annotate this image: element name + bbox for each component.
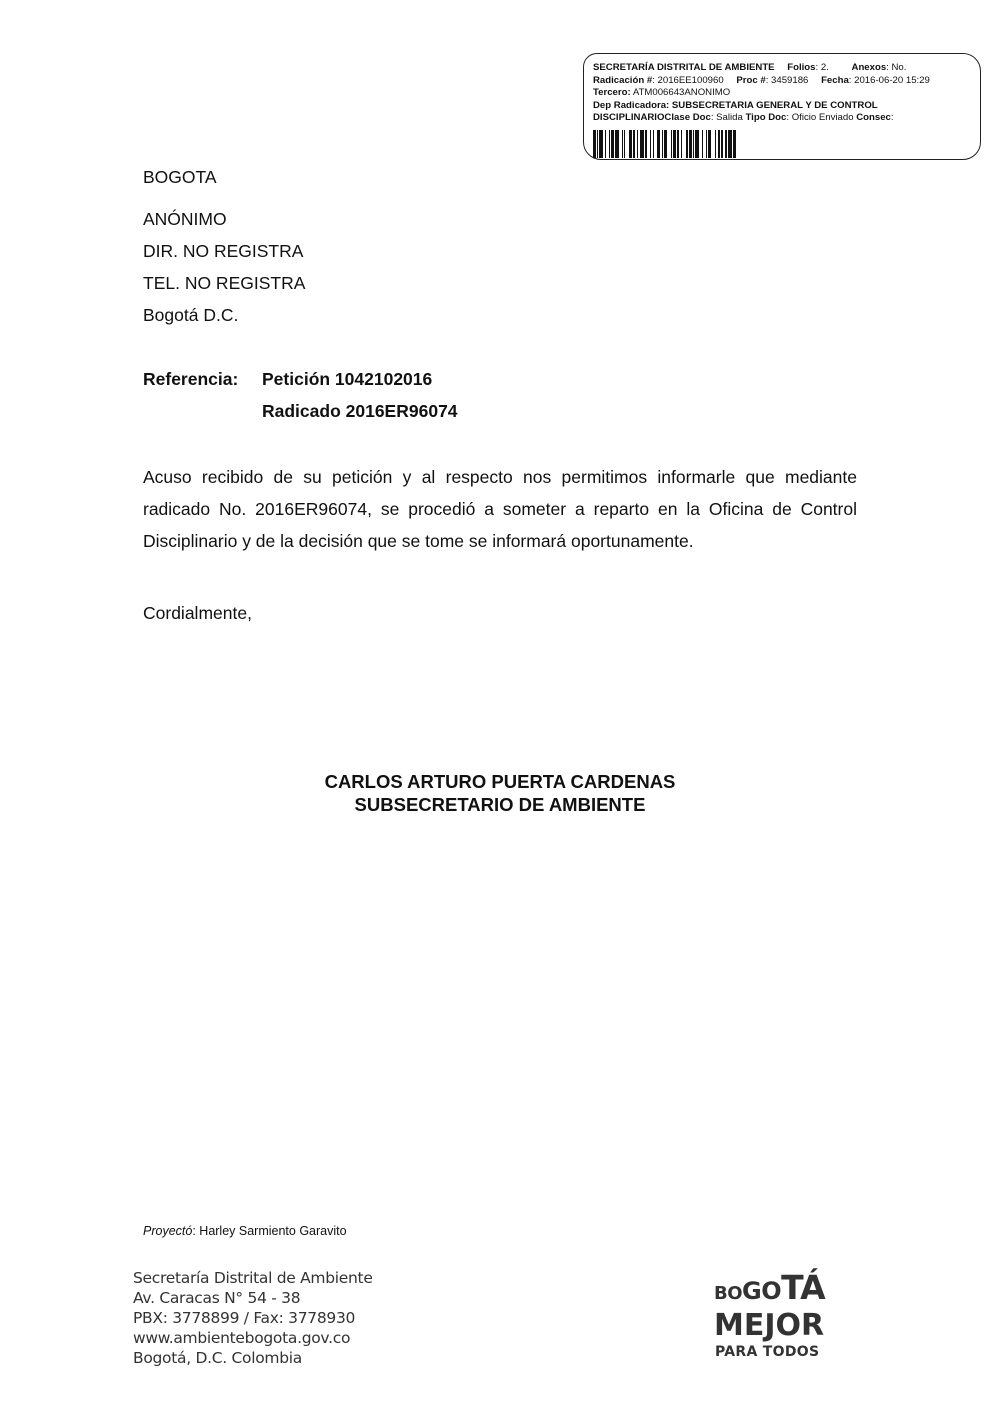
recipient-phone: TEL. NO REGISTRA <box>143 273 305 293</box>
stamp-folios-label: Folios <box>787 62 815 73</box>
reference-radicado: Radicado 2016ER96074 <box>262 401 458 422</box>
logo-line2: MEJOR <box>714 1308 824 1343</box>
stamp-tipo-label: Tipo Doc <box>746 112 787 123</box>
stamp-tercero-label: Tercero: <box>593 87 631 98</box>
stamp-folios-value: : 2. <box>816 62 829 73</box>
logo-line3: PARA TODOS <box>715 1344 819 1360</box>
radication-stamp: SECRETARÍA DISTRITAL DE AMBIENTE Folios:… <box>583 53 981 160</box>
recipient-name: ANÓNIMO <box>143 209 227 229</box>
stamp-tercero-value: ATM006643ANONIMO <box>631 87 731 98</box>
logo-go: GO <box>742 1277 781 1305</box>
stamp-anexos-label: Anexos <box>852 62 887 73</box>
body-paragraph: Acuso recibido de su petición y al respe… <box>143 461 857 557</box>
barcode <box>593 130 778 158</box>
stamp-proc-value: : 3459186 <box>766 75 809 86</box>
stamp-disc-label: DISCIPLINARIOClase Doc <box>593 112 711 123</box>
stamp-clase-value: : Salida <box>711 112 746 123</box>
stamp-org: SECRETARÍA DISTRITAL DE AMBIENTE <box>593 62 775 73</box>
logo-ta: TÁ <box>781 1268 825 1307</box>
logo-bo: BO <box>714 1283 742 1304</box>
footer-line-phone: PBX: 3778899 / Fax: 3778930 <box>133 1308 373 1328</box>
footer-line-address: Av. Caracas N° 54 - 38 <box>133 1288 373 1308</box>
signer-title: SUBSECRETARIO DE AMBIENTE <box>200 794 800 816</box>
recipient-address: DIR. NO REGISTRA <box>143 241 303 261</box>
stamp-fecha-value: : 2016-06-20 15:29 <box>849 75 930 86</box>
footer-line-city: Bogotá, D.C. Colombia <box>133 1348 373 1368</box>
stamp-radicacion-label: Radicación # <box>593 75 652 86</box>
stamp-radicacion-value: : 2016EE100960 <box>652 75 724 86</box>
projected-label: Proyectó <box>143 1224 192 1238</box>
footer-line-website[interactable]: www.ambientebogota.gov.co <box>133 1328 373 1348</box>
stamp-fecha-label: Fecha <box>821 75 849 86</box>
stamp-consec-value: : <box>891 112 894 123</box>
stamp-dep-line: Dep Radicadora: SUBSECRETARIA GENERAL Y … <box>593 100 878 111</box>
recipient-location: Bogotá D.C. <box>143 305 238 325</box>
projected-by: Proyectó: Harley Sarmiento Garavito <box>143 1224 347 1238</box>
stamp-tipo-value: : Oficio Enviado <box>786 112 856 123</box>
stamp-anexos-value: : No. <box>886 62 906 73</box>
footer-address: Secretaría Distrital de Ambiente Av. Car… <box>133 1268 373 1368</box>
reference-label: Referencia: <box>143 369 238 390</box>
logo-line1: BOGOTÁ <box>714 1268 825 1307</box>
reference-petition: Petición 1042102016 <box>262 369 432 390</box>
footer-line-org: Secretaría Distrital de Ambiente <box>133 1268 373 1288</box>
stamp-text: SECRETARÍA DISTRITAL DE AMBIENTE Folios:… <box>593 62 930 125</box>
bogota-mejor-logo: BOGOTÁ MEJOR PARA TODOS <box>712 1268 842 1363</box>
stamp-proc-label: Proc # <box>736 75 765 86</box>
recipient-city: BOGOTA <box>143 167 217 187</box>
stamp-consec-label: Consec <box>856 112 891 123</box>
signer-name: CARLOS ARTURO PUERTA CARDENAS <box>200 771 800 793</box>
closing: Cordialmente, <box>143 603 252 623</box>
projected-value: : Harley Sarmiento Garavito <box>192 1224 346 1238</box>
